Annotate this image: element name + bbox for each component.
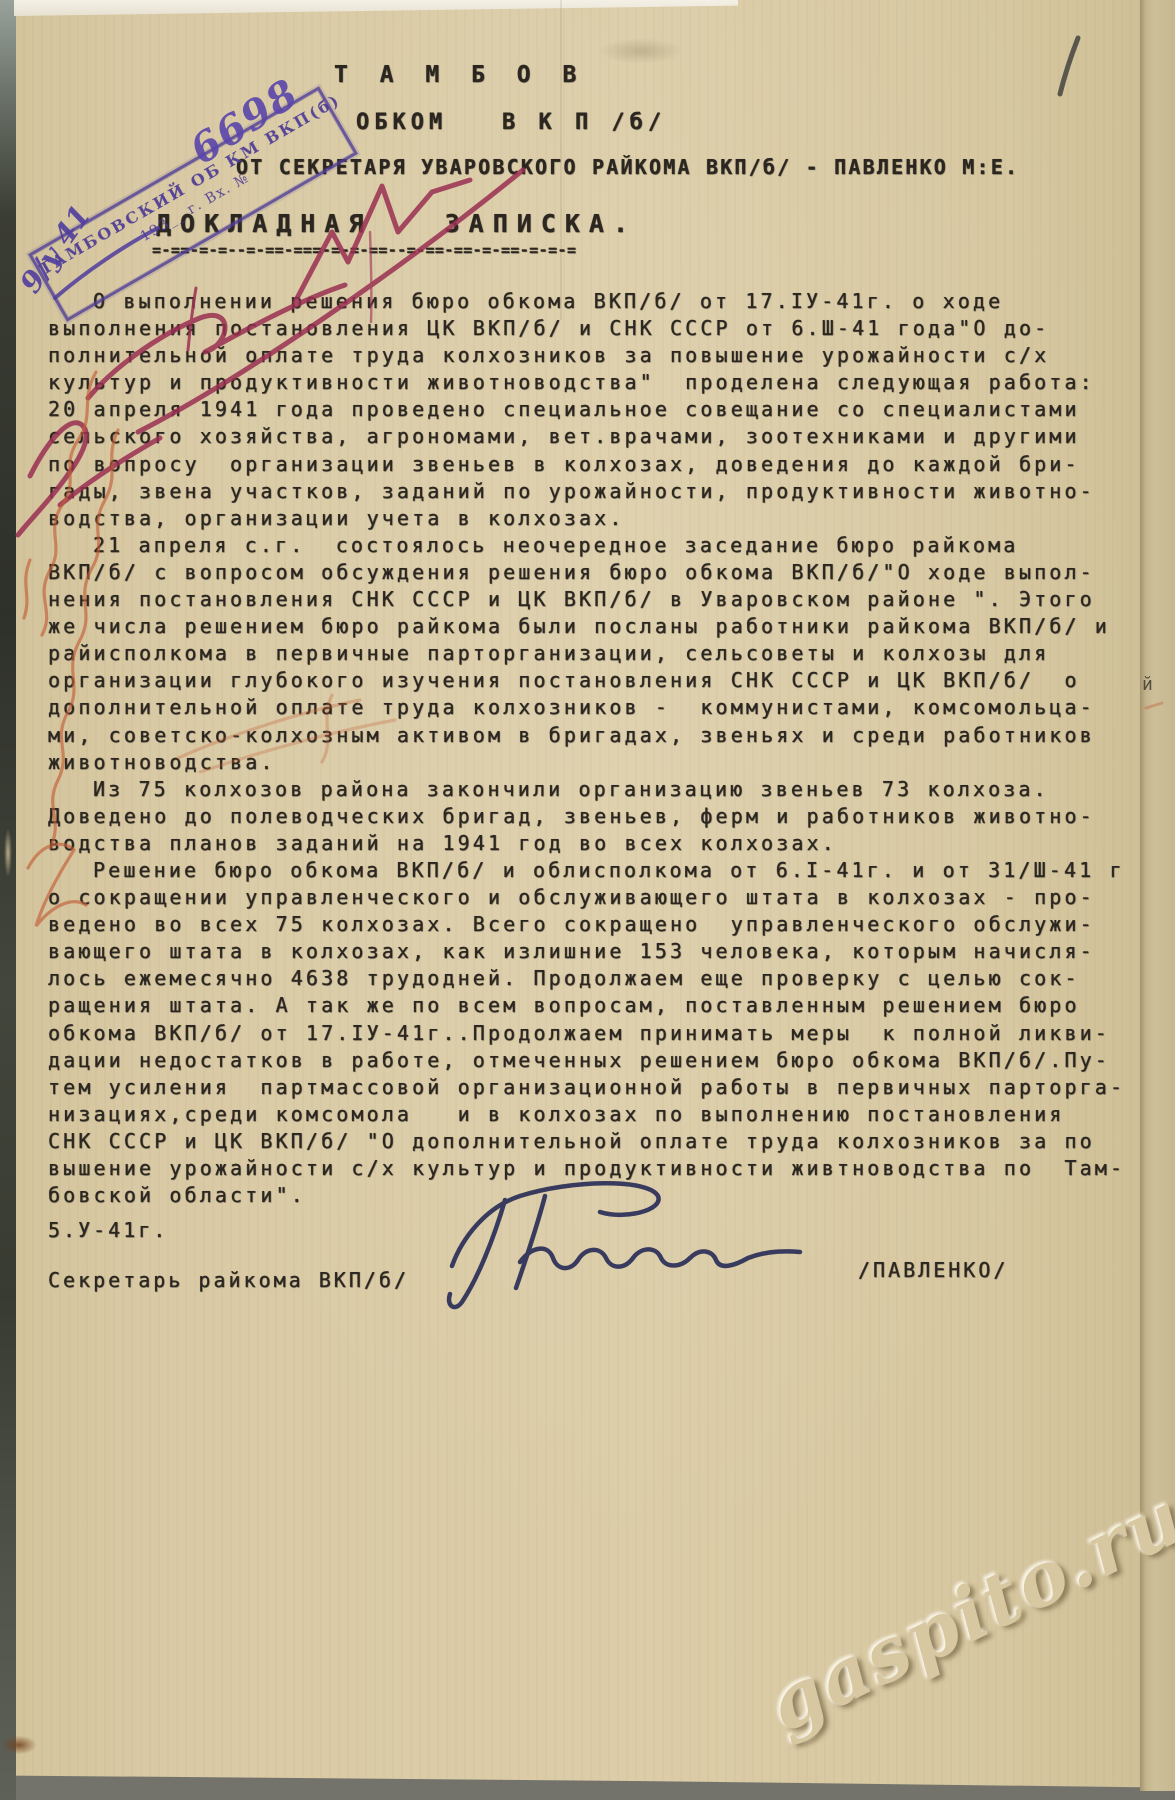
typed-line: ми, советско-колхозным активом в бригада… (48, 722, 1133, 749)
paper-stain (2, 1736, 36, 1754)
typed-line: обкома ВКП/б/ от 17.IУ-41г..Продолжаем п… (48, 1020, 1133, 1047)
typed-line: дополнительной оплате труда колхозников … (48, 694, 1133, 721)
typed-line: ращения штата. А так же по всем вопросам… (48, 992, 1133, 1019)
typed-line: гады, звена участков, заданий по урожайн… (48, 478, 1133, 505)
typed-line: водства планов заданий на 1941 год во вс… (48, 830, 1133, 857)
typed-line: тем усиления партмассовой организационно… (48, 1074, 1133, 1101)
body-text: О выполнении решения бюро обкома ВКП/б/ … (48, 288, 1133, 1209)
typed-line: райисполкома в первичные парторганизации… (48, 640, 1133, 667)
typed-line: нения постановления СНК СССР и ЦК ВКП/б/… (48, 586, 1133, 613)
typed-line: по вопросу организации звеньев в колхоза… (48, 451, 1133, 478)
typed-line: О выполнении решения бюро обкома ВКП/б/ … (48, 288, 1133, 315)
typed-line: полнительной оплате труда колхозников за… (48, 342, 1133, 369)
binding-torn-edge (0, 0, 16, 1800)
typed-line: Доведено до полеводческих бригад, звенье… (48, 803, 1133, 830)
typed-line: водства, организации учета в колхозах. (48, 505, 1133, 532)
typed-line: бовской области". (48, 1182, 1133, 1209)
typed-line: ведено во всех 75 колхозах. Всего сокращ… (48, 911, 1133, 938)
typed-line: животноводства. (48, 749, 1133, 776)
signer-position: Секретарь райкома ВКП/б/ (48, 1268, 409, 1292)
edge-text-fragment: й (1142, 674, 1153, 695)
typed-line: же числа решением бюро райкома были посл… (48, 613, 1133, 640)
typed-line: сельского хозяйства, агрономами, вет.вра… (48, 423, 1133, 450)
signer-name: /ПАВЛЕНКО/ (858, 1258, 1008, 1282)
typed-line: о сокращении управленческого и обслужива… (48, 884, 1133, 911)
typed-line: культур и продуктивности животноводства"… (48, 369, 1133, 396)
header-recipient: ОБКОМ В К П /б/ (356, 110, 666, 135)
typed-line: вышение урожайности с/х культур и продук… (48, 1155, 1133, 1182)
typed-line: выполнения постановления ЦК ВКП/б/ и СНК… (48, 315, 1133, 342)
typed-line: дации недостатков в работе, отмеченных р… (48, 1047, 1133, 1074)
typed-line: лось ежемесячно 4638 трудодней. Продолжа… (48, 965, 1133, 992)
header-from-line: ОТ СЕКРЕТАРЯ УВАРОВСКОГО РАЙКОМА ВКП/б/ … (236, 155, 1019, 179)
typed-line: Из 75 колхозов района закончили организа… (48, 776, 1133, 803)
typed-line: ВКП/б/ с вопросом обсуждения решения бюр… (48, 559, 1133, 586)
document-scan-canvas: { "document": { "page_number": "1", "hea… (0, 0, 1175, 1800)
title-underline: =-==-=-=--=-==-===-=-=-==--=-==-==-=-==-… (152, 241, 576, 259)
typed-line: вающего штата в колхозах, как излишние 1… (48, 938, 1133, 965)
typed-line: организации глубокого изучения постановл… (48, 667, 1133, 694)
paper-stain (598, 38, 684, 64)
typed-line: 20 апреля 1941 года проведено специально… (48, 396, 1133, 423)
document-date: 5.У-41г. (48, 1218, 168, 1242)
typed-line: Решение бюро обкома ВКП/б/ и облисполком… (48, 857, 1133, 884)
typed-line: 21 апреля с.г. состоялось неочередное за… (48, 532, 1133, 559)
header-city: Т А М Б О В (334, 62, 585, 88)
typed-line: низациях,среди комсомола и в колхозах по… (48, 1101, 1133, 1128)
typed-line: СНК СССР и ЦК ВКП/б/ "О дополнительной о… (48, 1128, 1133, 1155)
